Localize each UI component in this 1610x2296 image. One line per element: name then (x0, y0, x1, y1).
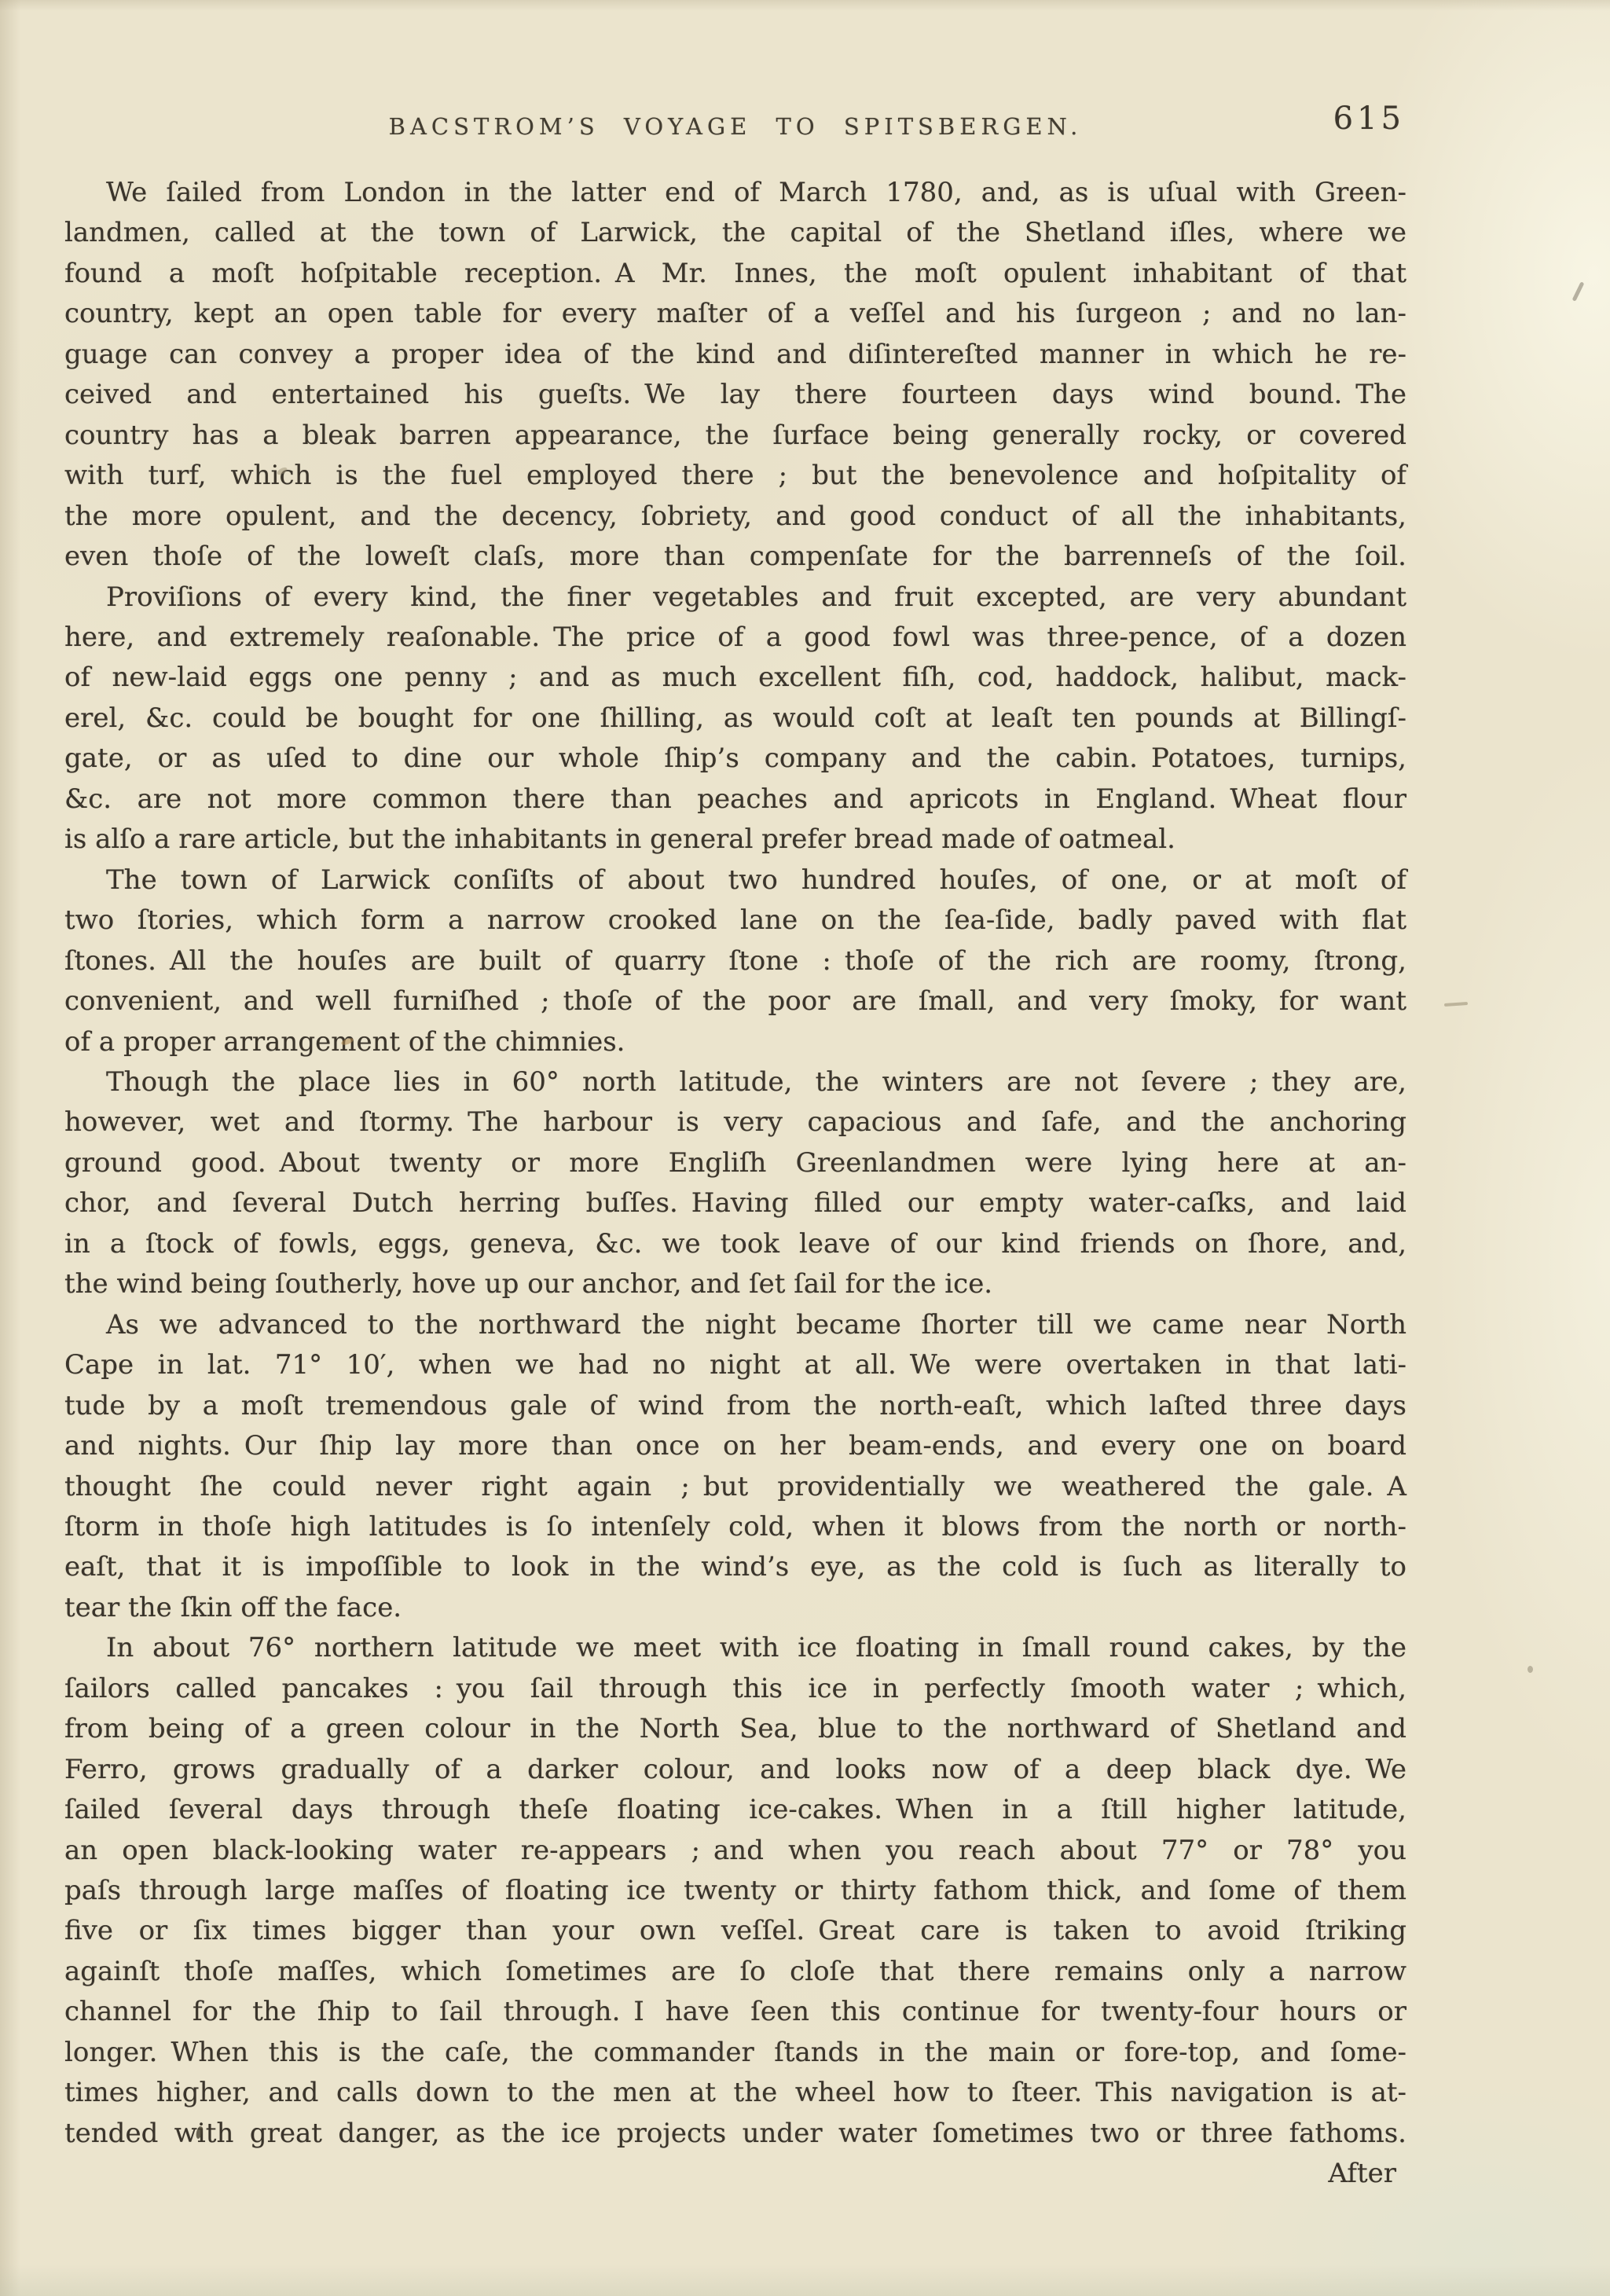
text-line: times higher, and calls down to the men … (64, 2073, 1406, 2113)
text-line: found a moſt hoſpitable reception. A Mr.… (64, 254, 1406, 294)
text-line: againſt thoſe maſſes, which ſometimes ar… (64, 1952, 1406, 1992)
text-line: country, kept an open table for every ma… (64, 294, 1406, 334)
text-line: erel, &c. could be bought for one ſhilli… (64, 699, 1406, 739)
running-title: BACSTROM’S VOYAGE TO SPITSBERGEN. (64, 113, 1406, 140)
paragraph: The town of Larwick conſiſts of about tw… (64, 860, 1406, 1062)
text-line: the more opulent, and the decency, ſobri… (64, 497, 1406, 537)
paper-speck (1527, 1666, 1533, 1673)
text-line: is alſo a rare article, but the inhabita… (64, 820, 1406, 860)
paragraph: Though the place lies in 60° north latit… (64, 1062, 1406, 1305)
text-line: an open black-looking water re-appears ;… (64, 1831, 1406, 1871)
text-line: even thoſe of the loweſt claſs, more tha… (64, 537, 1406, 577)
text-line: of new-laid eggs one penny ; and as much… (64, 658, 1406, 698)
text-line: five or ſix times bigger than your own v… (64, 1911, 1406, 1951)
body-text: We ſailed from London in the latter end … (64, 173, 1406, 2154)
text-line: As we advanced to the northward the nigh… (64, 1305, 1406, 1345)
text-line: The town of Larwick conſiſts of about tw… (64, 860, 1406, 900)
text-line: and nights. Our ſhip lay more than once … (64, 1426, 1406, 1466)
text-line: Ferro, grows gradually of a darker colou… (64, 1750, 1406, 1790)
page-header: BACSTROM’S VOYAGE TO SPITSBERGEN. 615 (64, 107, 1406, 162)
text-line: two ſtories, which form a narrow crooked… (64, 900, 1406, 941)
text-line: Proviſions of every kind, the finer vege… (64, 578, 1406, 618)
text-line: ceived and entertained his gueſts. We la… (64, 375, 1406, 415)
page-number: 615 (1333, 101, 1405, 137)
text-line: in a ſtock of fowls, eggs, geneva, &c. w… (64, 1224, 1406, 1264)
text-line: &c. are not more common there than peach… (64, 779, 1406, 820)
text-line: Though the place lies in 60° north latit… (64, 1062, 1406, 1102)
book-page-scan: BACSTROM’S VOYAGE TO SPITSBERGEN. 615 We… (0, 0, 1610, 2296)
text-line: eaſt, that it is impoſſible to look in t… (64, 1547, 1406, 1587)
text-line: ground good. About twenty or more Engliſ… (64, 1143, 1406, 1183)
paper-scratch (1444, 1002, 1468, 1007)
text-line: with turf, which is the fuel employed th… (64, 456, 1406, 496)
text-line: In about 76° northern latitude we meet w… (64, 1628, 1406, 1668)
paragraph: We ſailed from London in the latter end … (64, 173, 1406, 578)
text-line: convenient, and well furniſhed ; thoſe o… (64, 981, 1406, 1021)
text-line: guage can convey a proper idea of the ki… (64, 335, 1406, 375)
text-line: longer. When this is the caſe, the comma… (64, 2033, 1406, 2073)
pen-mark (1572, 281, 1585, 302)
text-line: Cape in lat. 71° 10′, when we had no nig… (64, 1345, 1406, 1385)
text-line: from being of a green colour in the Nort… (64, 1709, 1406, 1749)
text-line: landmen, called at the town of Larwick, … (64, 213, 1406, 253)
text-line: tended with great danger, as the ice pro… (64, 2114, 1406, 2154)
text-line: however, wet and ſtormy. The harbour is … (64, 1102, 1406, 1142)
text-line: We ſailed from London in the latter end … (64, 173, 1406, 213)
text-line: here, and extremely reaſonable. The pric… (64, 618, 1406, 658)
text-line: tear the ſkin off the face. (64, 1588, 1406, 1628)
paragraph: In about 76° northern latitude we meet w… (64, 1628, 1406, 2154)
text-line: of a proper arrangement of the chimnies. (64, 1022, 1406, 1062)
text-line: gate, or as uſed to dine our whole ſhip’… (64, 739, 1406, 779)
text-line: ſtones. All the houſes are built of quar… (64, 941, 1406, 981)
text-line: chor, and ſeveral Dutch herring buſſes. … (64, 1183, 1406, 1223)
text-line: ſailors called pancakes : you ſail throu… (64, 1669, 1406, 1709)
text-line: channel for the ſhip to ſail through. I … (64, 1992, 1406, 2032)
paragraph: Proviſions of every kind, the finer vege… (64, 578, 1406, 860)
text-line: ſtorm in thoſe high latitudes is ſo inte… (64, 1507, 1406, 1547)
text-line: paſs through large maſſes of floating ic… (64, 1871, 1406, 1911)
text-line: tude by a moſt tremendous gale of wind f… (64, 1386, 1406, 1426)
text-line: country has a bleak barren appearance, t… (64, 416, 1406, 456)
text-line: thought ſhe could never right again ; bu… (64, 1467, 1406, 1507)
paragraph: As we advanced to the northward the nigh… (64, 1305, 1406, 1629)
catchword: After (1328, 2158, 1396, 2189)
text-line: the wind being ſoutherly, hove up our an… (64, 1264, 1406, 1304)
text-line: ſailed ſeveral days through theſe floati… (64, 1790, 1406, 1830)
